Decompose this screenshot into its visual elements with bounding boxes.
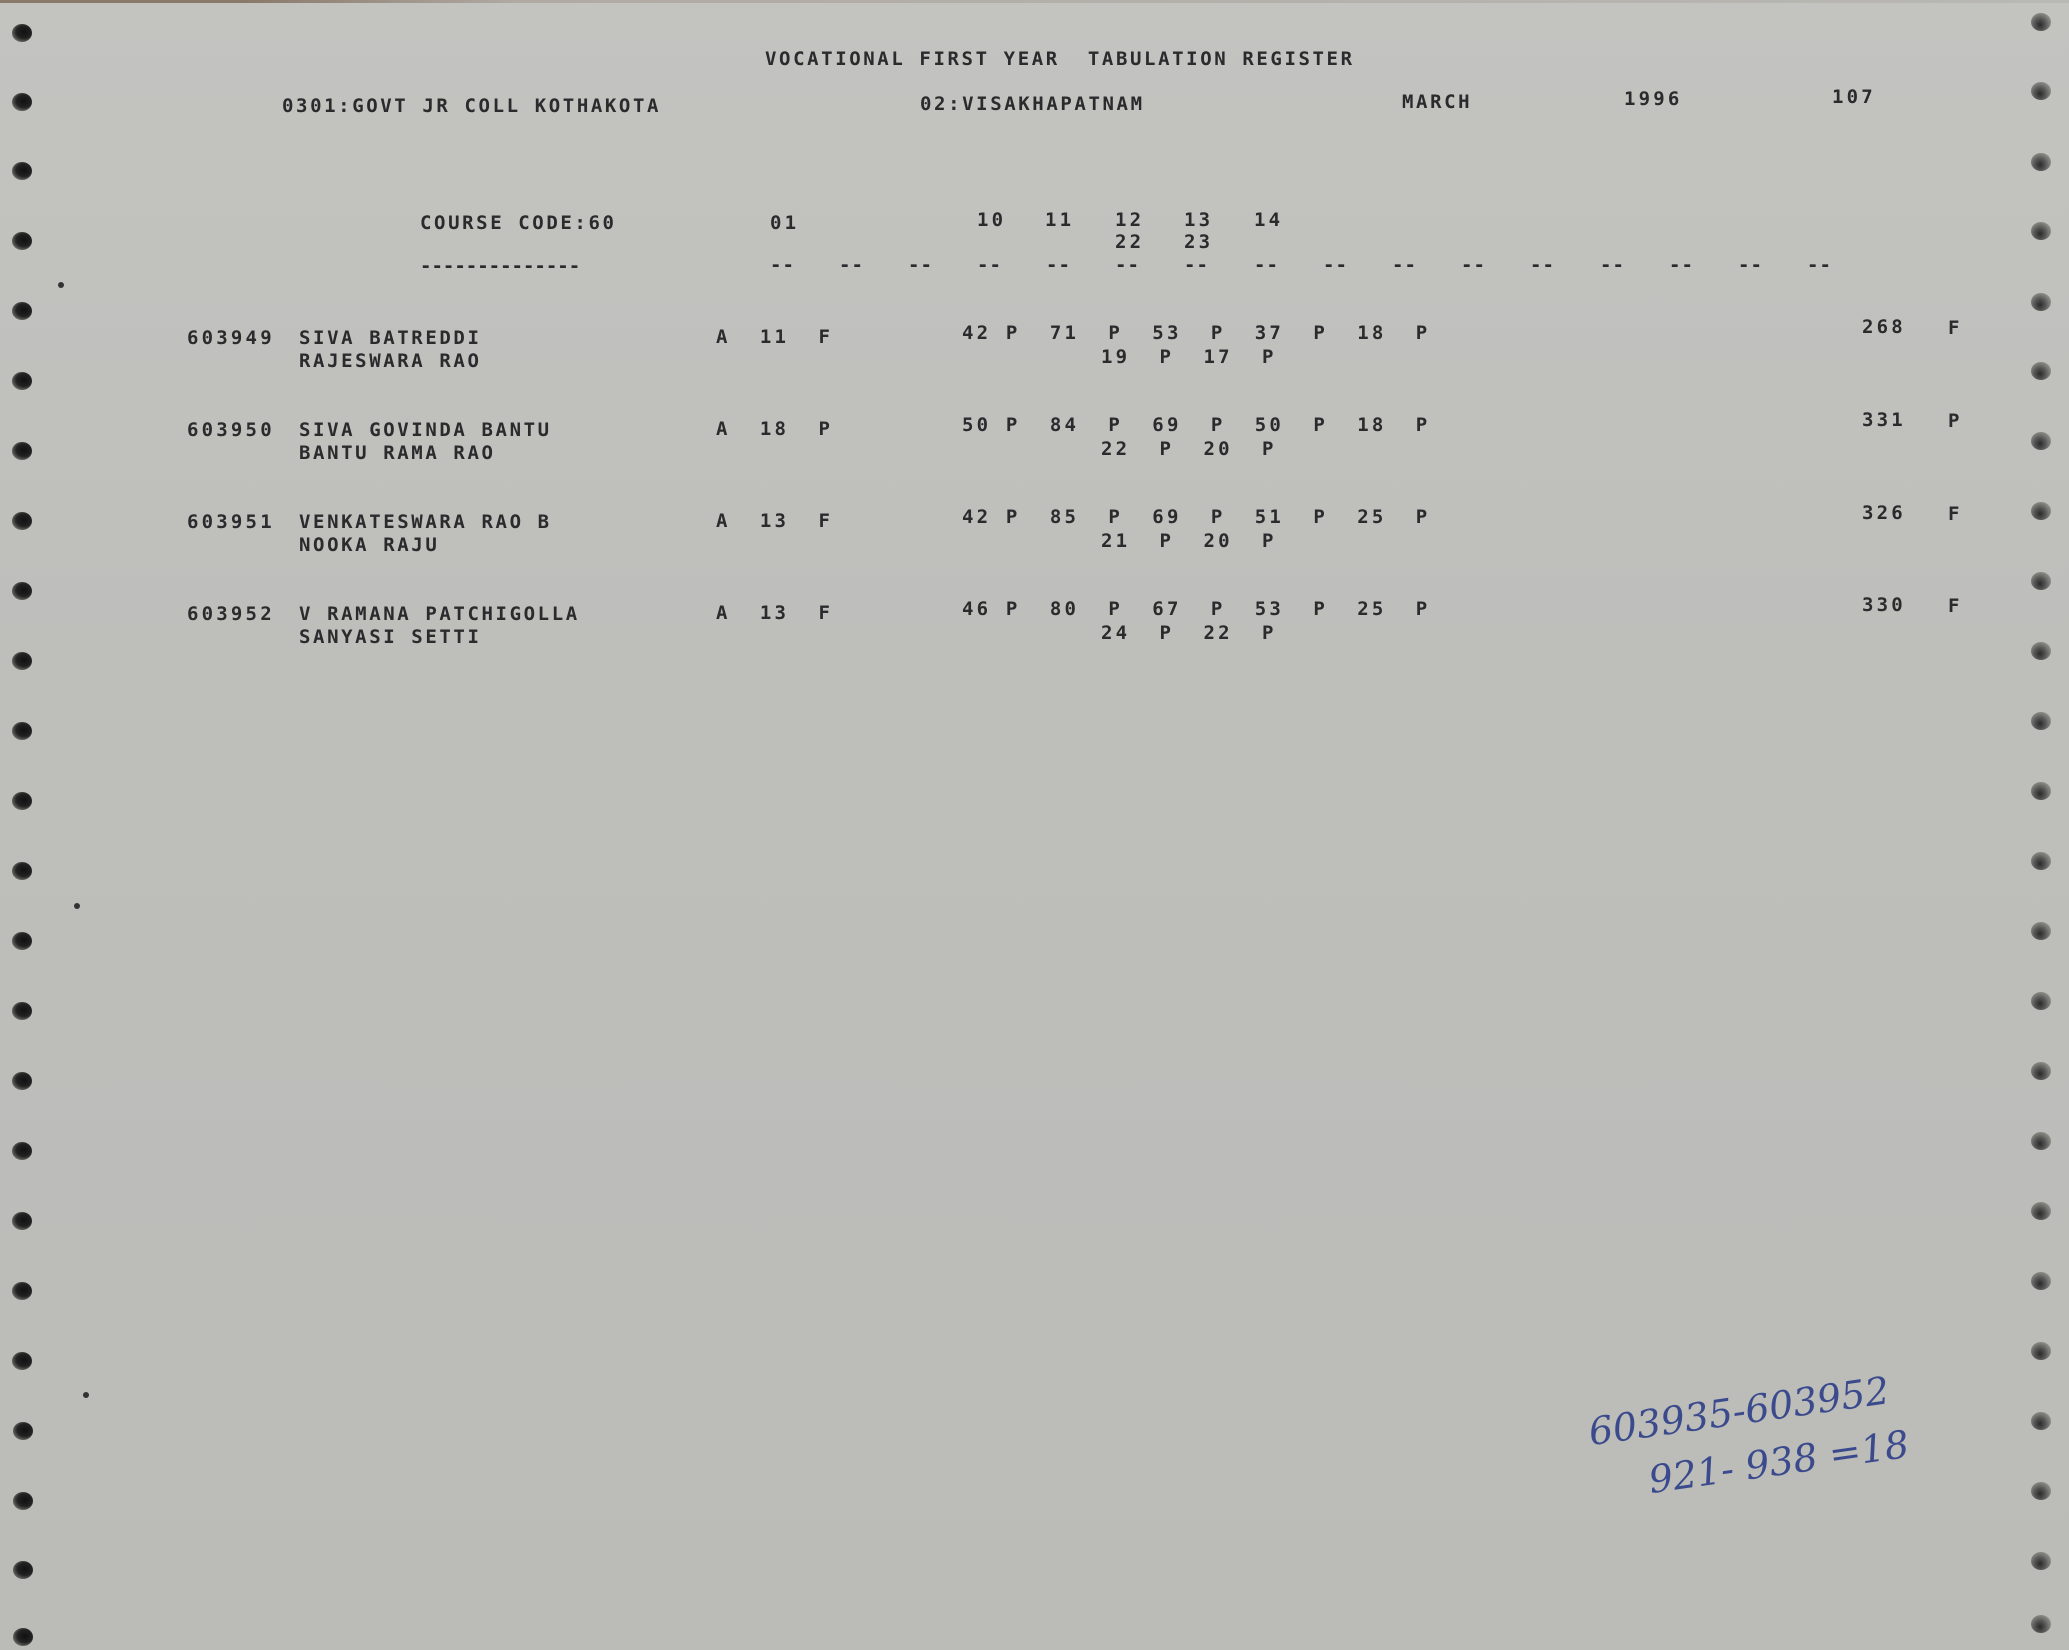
- subject-marks-row2: 21 P 20 P: [1101, 530, 1277, 552]
- feed-hole: [2031, 1272, 2051, 1290]
- feed-hole: [2031, 642, 2051, 660]
- father-name: NOOKA RAJU: [299, 534, 439, 556]
- feed-hole: [12, 512, 32, 530]
- hall-ticket-number: 603950: [187, 419, 275, 441]
- total-marks: 268: [1862, 316, 1906, 338]
- course-code-underline: --------------: [420, 255, 580, 277]
- exam-month: MARCH: [1402, 91, 1472, 113]
- total-marks: 326: [1862, 502, 1906, 524]
- subject-code-13: 13: [1184, 209, 1213, 231]
- feed-hole: [2031, 293, 2051, 311]
- part1-marks: A 18 P: [716, 418, 833, 440]
- student-name: VENKATESWARA RAO B: [299, 511, 552, 533]
- feed-hole: [12, 232, 32, 250]
- feed-hole: [2031, 922, 2051, 940]
- feed-hole: [12, 162, 32, 180]
- subject-code-14: 14: [1254, 209, 1283, 231]
- column-separator: --: [1184, 254, 1209, 276]
- total-marks: 330: [1862, 594, 1906, 616]
- ink-speck: [74, 903, 80, 909]
- feed-hole: [12, 1212, 32, 1230]
- feed-hole: [2031, 1552, 2051, 1570]
- feed-hole: [12, 1142, 32, 1160]
- district-name: 02:VISAKHAPATNAM: [920, 93, 1145, 115]
- feed-hole: [2031, 782, 2051, 800]
- feed-hole: [2031, 1202, 2051, 1220]
- college-name: 0301:GOVT JR COLL KOTHAKOTA: [282, 95, 661, 117]
- feed-hole: [2031, 1482, 2051, 1500]
- subject-code-11: 11: [1045, 209, 1074, 231]
- subject-code-12: 12: [1115, 209, 1144, 231]
- feed-hole: [2031, 82, 2051, 100]
- student-name: SIVA BATREDDI: [299, 327, 482, 349]
- feed-hole: [2031, 153, 2051, 171]
- column-separator: --: [839, 254, 864, 276]
- student-name: V RAMANA PATCHIGOLLA: [299, 603, 580, 625]
- feed-hole: [2031, 222, 2051, 240]
- feed-hole: [2031, 432, 2051, 450]
- total-marks: 331: [1862, 409, 1906, 431]
- page-number: 107: [1832, 86, 1876, 108]
- feed-hole: [2031, 1132, 2051, 1150]
- feed-hole: [12, 1072, 32, 1090]
- feed-hole: [12, 372, 32, 390]
- feed-hole: [2031, 712, 2051, 730]
- subject-marks-row2: 19 P 17 P: [1101, 346, 1277, 368]
- column-separator: --: [977, 254, 1002, 276]
- feed-hole: [12, 792, 32, 810]
- part1-marks: A 11 F: [716, 326, 833, 348]
- column-separator: --: [1669, 254, 1694, 276]
- feed-hole: [13, 1561, 33, 1579]
- subject-marks-row2: 24 P 22 P: [1101, 622, 1277, 644]
- feed-hole: [2031, 992, 2051, 1010]
- result-status: F: [1948, 503, 1962, 525]
- feed-hole: [2031, 362, 2051, 380]
- column-separator: --: [1530, 254, 1555, 276]
- feed-hole: [12, 932, 32, 950]
- column-separator: --: [1738, 254, 1763, 276]
- subject-code-10: 10: [977, 209, 1006, 231]
- feed-hole: [12, 862, 32, 880]
- column-separator: --: [1046, 254, 1071, 276]
- feed-hole: [12, 1282, 32, 1300]
- subject-code-01: 01: [770, 212, 799, 234]
- feed-hole: [12, 93, 32, 111]
- feed-hole: [13, 1628, 33, 1646]
- feed-hole: [12, 302, 32, 320]
- feed-hole: [2031, 13, 2051, 31]
- feed-hole: [12, 1352, 32, 1370]
- feed-hole: [12, 582, 32, 600]
- subject-marks-row1: 46 P 80 P 67 P 53 P 25 P: [962, 598, 1430, 620]
- column-separator: --: [1323, 254, 1348, 276]
- tabulation-register-page: VOCATIONAL FIRST YEAR TABULATION REGISTE…: [0, 0, 2069, 1650]
- exam-year: 1996: [1624, 88, 1683, 110]
- subject-marks-row2: 22 P 20 P: [1101, 438, 1277, 460]
- father-name: SANYASI SETTI: [299, 626, 482, 648]
- subject-code-22: 22: [1115, 231, 1144, 253]
- father-name: BANTU RAMA RAO: [299, 442, 496, 464]
- result-status: F: [1948, 595, 1962, 617]
- column-separator: --: [1600, 254, 1625, 276]
- ink-speck: [83, 1392, 89, 1398]
- feed-hole: [2031, 502, 2051, 520]
- course-code-label: COURSE CODE:60: [420, 212, 617, 234]
- student-name: SIVA GOVINDA BANTU: [299, 419, 552, 441]
- feed-hole: [12, 442, 32, 460]
- result-status: F: [1948, 317, 1962, 339]
- hall-ticket-number: 603952: [187, 603, 275, 625]
- result-status: P: [1948, 410, 1962, 432]
- column-separator: --: [1392, 254, 1417, 276]
- feed-hole: [2031, 1342, 2051, 1360]
- feed-hole: [13, 1492, 33, 1510]
- feed-hole: [2031, 1615, 2051, 1633]
- part1-marks: A 13 F: [716, 510, 833, 532]
- subject-code-23: 23: [1184, 231, 1213, 253]
- register-title: VOCATIONAL FIRST YEAR TABULATION REGISTE…: [765, 48, 1355, 70]
- ink-speck: [58, 282, 64, 288]
- feed-hole: [12, 722, 32, 740]
- paper-top-edge: [0, 0, 2069, 3]
- hall-ticket-number: 603949: [187, 327, 275, 349]
- part1-marks: A 13 F: [716, 602, 833, 624]
- hall-ticket-number: 603951: [187, 511, 275, 533]
- subject-marks-row1: 42 P 85 P 69 P 51 P 25 P: [962, 506, 1430, 528]
- feed-hole: [12, 652, 32, 670]
- column-separator: --: [908, 254, 933, 276]
- feed-hole: [2031, 852, 2051, 870]
- father-name: RAJESWARA RAO: [299, 350, 482, 372]
- column-separator: --: [770, 254, 795, 276]
- feed-hole: [2031, 1412, 2051, 1430]
- subject-marks-row1: 42 P 71 P 53 P 37 P 18 P: [962, 322, 1430, 344]
- column-separator: --: [1807, 254, 1832, 276]
- column-separator: --: [1254, 254, 1279, 276]
- feed-hole: [2031, 1062, 2051, 1080]
- feed-hole: [12, 1002, 32, 1020]
- column-separator: --: [1115, 254, 1140, 276]
- column-separator: --: [1461, 254, 1486, 276]
- feed-hole: [2031, 572, 2051, 590]
- feed-hole: [13, 1422, 33, 1440]
- feed-hole: [12, 24, 32, 42]
- subject-marks-row1: 50 P 84 P 69 P 50 P 18 P: [962, 414, 1430, 436]
